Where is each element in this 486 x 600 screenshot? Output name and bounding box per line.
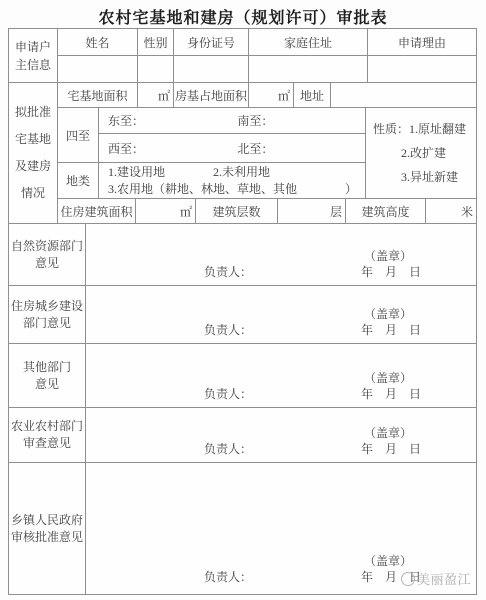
date-placeholder: 年 月 日: [361, 322, 421, 338]
four-boundaries-label: 四至: [58, 108, 98, 163]
homestead-section-label-line4: 情况: [21, 180, 45, 207]
address-label: 地址: [294, 83, 331, 107]
seal-placeholder: （盖章）: [86, 306, 476, 322]
west-north-row: 西至： 北至：: [99, 134, 365, 163]
land-type-option-line1: 1.建设用地 2.未利用地: [108, 164, 365, 181]
east-boundary-label: 东至：: [99, 112, 237, 129]
homestead-section-label-line2: 宅基地: [15, 126, 51, 153]
applicant-section-label-line2: 主信息: [15, 56, 51, 74]
responsible-person-label: 负责人：: [204, 569, 252, 585]
responsible-person-label: 负责人：: [204, 441, 252, 457]
seal-placeholder: （盖章）: [86, 553, 476, 569]
date-placeholder: 年 月 日: [361, 386, 421, 402]
height-label: 建筑高度: [346, 199, 426, 223]
application-reason-header: 申请理由: [368, 29, 476, 55]
height-unit-cell: 米: [426, 199, 476, 223]
application-reason-value-cell: [368, 56, 476, 82]
housing-construction-opinion-row: 住房城乡建设 部门意见 （盖章） 负责人： 年 月 日: [9, 286, 476, 344]
seal-placeholder: （盖章）: [86, 370, 476, 386]
applicant-section-label: 申请户 主信息: [9, 29, 58, 82]
home-address-value-cell: [249, 56, 368, 82]
floors-unit-cell: 层: [278, 199, 346, 223]
responsible-person-label: 负责人：: [204, 322, 252, 338]
building-metrics-row: 住房建筑面积 ㎡ 建筑层数 层 建筑高度 米: [58, 199, 476, 223]
land-type-option-line2: 3.农用地（耕地、林地、草地、其他 ）: [108, 181, 365, 198]
homestead-section-label-line1: 拟批准: [15, 99, 51, 126]
applicant-section-label-line1: 申请户: [15, 38, 51, 56]
id-number-header: 身份证号: [174, 29, 249, 55]
watermark-text: 美丽盈江: [417, 569, 471, 588]
homestead-section-label-line3: 及建房: [15, 153, 51, 180]
housing-construction-opinion-label: 住房城乡建设 部门意见: [9, 286, 86, 343]
north-boundary-label: 北至：: [237, 140, 273, 157]
date-placeholder: 年 月 日: [361, 441, 421, 457]
other-departments-opinion-row: 其他部门 意见 （盖章） 负责人： 年 月 日: [9, 344, 476, 408]
other-departments-opinion-label: 其他部门 意见: [9, 344, 86, 407]
seal-placeholder: （盖章）: [86, 248, 476, 264]
homestead-section-label: 拟批准 宅基地 及建房 情况: [9, 83, 58, 223]
date-placeholder: 年 月 日: [361, 264, 421, 280]
address-value-cell: [331, 83, 476, 107]
seal-placeholder: （盖章）: [86, 425, 476, 441]
agriculture-rural-review-cell: （盖章） 负责人： 年 月 日: [86, 408, 476, 462]
homestead-section: 拟批准 宅基地 及建房 情况 宅基地面积 ㎡ 房基占地面积 ㎡ 地址 四至 地类: [9, 83, 476, 224]
foundation-area-label: 房基占地面积: [174, 83, 249, 107]
approval-form-table: 申请户 主信息 姓名 性别 身份证号 家庭住址 申请理由 拟批准 宅基地: [8, 28, 477, 595]
natural-resources-opinion-cell: （盖章） 负责人： 年 月 日: [86, 224, 476, 285]
south-boundary-label: 南至：: [237, 112, 273, 129]
township-government-approval-label: 乡镇人民政府 审核批准意见: [9, 463, 86, 594]
agriculture-rural-review-label: 农业农村部门 审查意见: [9, 408, 86, 462]
building-area-unit-cell: ㎡: [136, 199, 196, 223]
home-address-header: 家庭住址: [249, 29, 368, 55]
land-type-options: 1.建设用地 2.未利用地 3.农用地（耕地、林地、草地、其他 ）: [99, 163, 365, 198]
nature-option-3: 3.异址新建: [366, 165, 476, 189]
area-row: 宅基地面积 ㎡ 房基占地面积 ㎡ 地址: [58, 83, 476, 108]
nature-options: 性质：1.原址翻建 2.改扩建 3.异址新建: [366, 108, 476, 198]
other-departments-opinion-cell: （盖章） 负责人： 年 月 日: [86, 344, 476, 407]
west-boundary-label: 西至：: [99, 140, 237, 157]
name-header: 姓名: [58, 29, 138, 55]
natural-resources-opinion-row: 自然资源部门 意见 （盖章） 负责人： 年 月 日: [9, 224, 476, 286]
watermark-badge-icon: [401, 572, 415, 586]
floors-label: 建筑层数: [196, 199, 278, 223]
form-title: 农村宅基地和建房（规划许可）审批表: [0, 5, 486, 28]
building-area-label: 住房建筑面积: [58, 199, 136, 223]
gender-value-cell: [138, 56, 174, 82]
watermark: 美丽盈江: [401, 569, 471, 588]
gender-header: 性别: [138, 29, 174, 55]
homestead-area-label: 宅基地面积: [58, 83, 138, 107]
name-value-cell: [58, 56, 138, 82]
applicant-info-section: 申请户 主信息 姓名 性别 身份证号 家庭住址 申请理由: [9, 29, 476, 83]
agriculture-rural-review-row: 农业农村部门 审查意见 （盖章） 负责人： 年 月 日: [9, 408, 476, 463]
nature-option-1: 性质：1.原址翻建: [366, 117, 476, 141]
east-south-row: 东至： 南至：: [99, 108, 365, 134]
boundaries-landtype-area: 四至 地类 东至： 南至： 西至： 北至： 1.建设用地 2.未利用地 3.农用…: [58, 108, 476, 199]
natural-resources-opinion-label: 自然资源部门 意见: [9, 224, 86, 285]
id-number-value-cell: [174, 56, 249, 82]
housing-construction-opinion-cell: （盖章） 负责人： 年 月 日: [86, 286, 476, 343]
homestead-area-unit-cell: ㎡: [138, 83, 174, 107]
foundation-area-unit-cell: ㎡: [249, 83, 294, 107]
land-type-label: 地类: [58, 163, 98, 198]
responsible-person-label: 负责人：: [204, 264, 252, 280]
nature-option-2: 2.改扩建: [366, 141, 476, 165]
responsible-person-label: 负责人：: [204, 386, 252, 402]
